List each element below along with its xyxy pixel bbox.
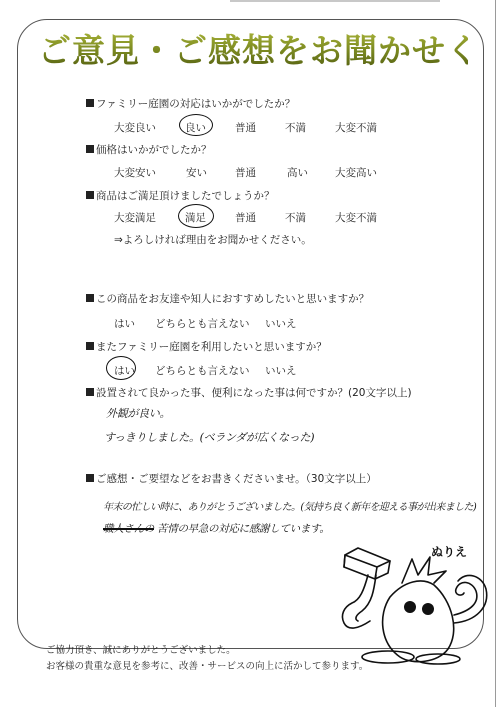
q5-option-no[interactable]: いいえ (265, 363, 297, 378)
bullet-square-icon (86, 342, 94, 350)
q2-option-cheap[interactable]: 安い (186, 165, 207, 180)
q1-option-unsatisfied[interactable]: 不満 (285, 120, 306, 135)
q4-option-yes[interactable]: はい (114, 316, 135, 331)
q1-option-very-unsatisfied[interactable]: 大変不満 (335, 120, 377, 135)
scan-edge-top (230, 0, 440, 2)
bullet-square-icon (86, 99, 94, 107)
question-1: ファミリー庭園の対応はいかがでしたか？ (86, 96, 295, 111)
question-2: 価格はいかがでしたか？ (86, 142, 212, 157)
bullet-square-icon (86, 388, 94, 396)
q3-selected-circle (178, 204, 214, 228)
q3-option-very-unsatisfied[interactable]: 大変不満 (335, 210, 377, 225)
q1-selected-circle (179, 114, 213, 136)
q2-option-very-cheap[interactable]: 大変安い (114, 165, 156, 180)
q4-option-neutral[interactable]: どちらとも言えない (155, 316, 250, 331)
q5-selected-circle (106, 356, 136, 380)
q2-option-very-expensive[interactable]: 大変高い (335, 165, 377, 180)
q2-option-expensive[interactable]: 高い (287, 165, 308, 180)
bullet-square-icon (86, 474, 94, 482)
question-2-label: 価格はいかがでしたか？ (96, 144, 212, 156)
q6-answer-line-1: 外観が良い。 (106, 405, 170, 421)
q5-option-neutral[interactable]: どちらとも言えない (155, 363, 250, 378)
footer-improvement-note: お客様の貴重な意見を参考に、改善・サービスの向上に活かして参ります。 (46, 658, 368, 672)
question-7-label: ご感想・ご要望などをお書きくださいませ。（30文字以上） (96, 473, 377, 485)
bullet-square-icon (86, 294, 94, 302)
question-4-label: この商品をお友達や知人におすすめしたいと思いますか？ (96, 293, 369, 305)
question-6: 設置されて良かった事、便利になった事は何ですか？(20文字以上) (86, 385, 412, 400)
question-5-label: またファミリー庭園を利用したいと思いますか？ (96, 341, 327, 353)
q6-answer-line-2: すっきりしました。(ベランダが広くなった) (104, 429, 314, 445)
q3-option-very-satisfied[interactable]: 大変満足 (114, 210, 156, 225)
question-4: この商品をお友達や知人におすすめしたいと思いますか？ (86, 291, 369, 306)
question-7: ご感想・ご要望などをお書きくださいませ。（30文字以上） (86, 471, 377, 486)
q1-option-very-good[interactable]: 大変良い (114, 120, 156, 135)
q1-option-normal[interactable]: 普通 (235, 120, 256, 135)
question-1-label: ファミリー庭園の対応はいかがでしたか？ (96, 98, 295, 110)
q7-struck-text: 職人さんの (103, 523, 154, 535)
q3-option-unsatisfied[interactable]: 不満 (285, 210, 306, 225)
q7-answer-line-2-text: 苦情の早急の対応に感謝しています。 (157, 523, 330, 535)
question-3-label: 商品はご満足頂けましたでしょうか？ (96, 190, 275, 202)
footer-thanks: ご協力頂き、誠にありがとうございました。 (46, 642, 236, 656)
question-6-label: 設置されて良かった事、便利になった事は何ですか？(20文字以上) (96, 387, 412, 399)
q2-option-normal[interactable]: 普通 (235, 165, 256, 180)
q3-option-normal[interactable]: 普通 (235, 210, 256, 225)
question-5: またファミリー庭園を利用したいと思いますか？ (86, 339, 327, 354)
mascot-onion-icon (330, 545, 490, 665)
scan-edge-right (495, 0, 496, 707)
question-3: 商品はご満足頂けましたでしょうか？ (86, 188, 275, 203)
bullet-square-icon (86, 145, 94, 153)
bullet-square-icon (86, 191, 94, 199)
q3-reason-note: ⇒よろしければ理由をお聞かせください。 (114, 232, 312, 247)
q7-answer-line-1: 年末の忙しい時に、ありがとうございました。(気持ち良く新年を迎える事が出来ました… (103, 498, 476, 513)
survey-title: ご意見・ご感想をお聞かせください (38, 30, 468, 72)
q4-option-no[interactable]: いいえ (265, 316, 297, 331)
q7-answer-line-2: 職人さんの 苦情の早急の対応に感謝しています。 (103, 521, 330, 536)
